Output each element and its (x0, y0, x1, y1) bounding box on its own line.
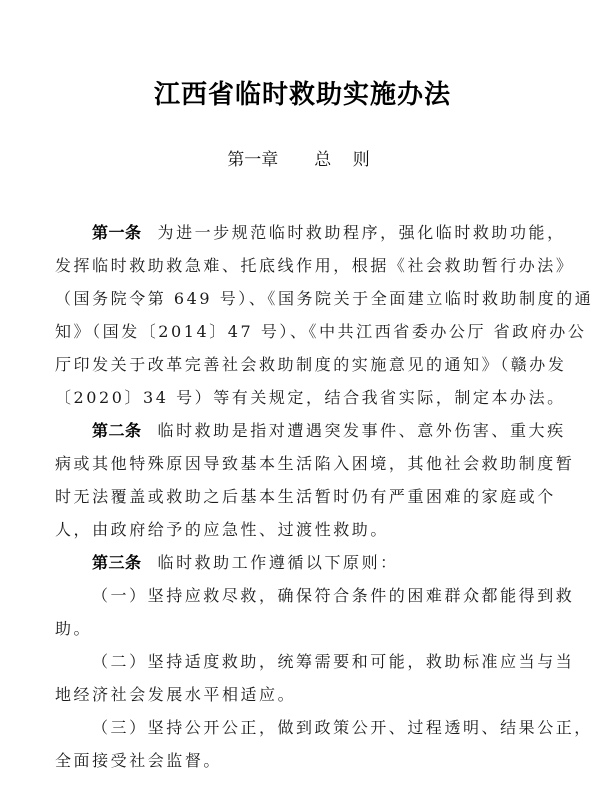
text-line: 知》（国发〔2014〕47 号）、《中共江西省委办公厅 省政府办公 (55, 315, 559, 348)
article-label: 第一条 (92, 223, 142, 242)
text-line: 人，由政府给予的应急性、过渡性救助。 (55, 513, 559, 546)
text-line: 第二条临时救助是指对遭遇突发事件、意外伤害、重大疾 (55, 414, 559, 447)
principle-1: （一）坚持应救尽救，确保符合条件的困难群众都能得到救 助。 (55, 579, 559, 645)
document-body: 第一条为进一步规范临时救助程序，强化临时救助功能， 发挥临时救助救急难、托底线作… (55, 216, 559, 777)
document-title: 江西省临时救助实施办法 (0, 78, 605, 112)
text-line: （二）坚持适度救助，统筹需要和可能，救助标准应当与当 (55, 645, 559, 678)
text-segment: 临时救助是指对遭遇突发事件、意外伤害、重大疾 (158, 421, 566, 440)
article-label: 第三条 (92, 553, 142, 572)
article-2: 第二条临时救助是指对遭遇突发事件、意外伤害、重大疾 病或其他特殊原因导致基本生活… (55, 414, 559, 546)
text-line: 厅印发关于改革完善社会救助制度的实施意见的通知》（赣办发 (55, 348, 559, 381)
text-line: （一）坚持应救尽救，确保符合条件的困难群众都能得到救 (55, 579, 559, 612)
article-3: 第三条临时救助工作遵循以下原则： (55, 546, 559, 579)
text-line: 全面接受社会监督。 (55, 744, 559, 777)
text-line: 第一条为进一步规范临时救助程序，强化临时救助功能， (55, 216, 559, 249)
text-segment: 临时救助工作遵循以下原则： (158, 553, 399, 572)
text-line: 病或其他特殊原因导致基本生活陷入困境，其他社会救助制度暂 (55, 447, 559, 480)
article-1: 第一条为进一步规范临时救助程序，强化临时救助功能， 发挥临时救助救急难、托底线作… (55, 216, 559, 414)
text-line: （三）坚持公开公正，做到政策公开、过程透明、结果公正， (55, 711, 559, 744)
text-line: 时无法覆盖或救助之后基本生活暂时仍有严重困难的家庭或个 (55, 480, 559, 513)
principle-2: （二）坚持适度救助，统筹需要和可能，救助标准应当与当 地经济社会发展水平相适应。 (55, 645, 559, 711)
text-line: 助。 (55, 612, 559, 645)
chapter-name: 总 则 (314, 150, 377, 170)
text-line: 〔2020〕34 号）等有关规定，结合我省实际，制定本办法。 (55, 381, 559, 414)
chapter-number: 第一章 (227, 150, 278, 170)
text-line: 发挥临时救助救急难、托底线作用，根据《社会救助暂行办法》 (55, 249, 559, 282)
principle-3: （三）坚持公开公正，做到政策公开、过程透明、结果公正， 全面接受社会监督。 (55, 711, 559, 777)
document-page: 江西省临时救助实施办法 第一章总 则 第一条为进一步规范临时救助程序，强化临时救… (0, 0, 605, 797)
chapter-heading: 第一章总 则 (0, 148, 605, 172)
text-line: （国务院令第 649 号）、《国务院关于全面建立临时救助制度的通 (55, 282, 559, 315)
text-segment: 为进一步规范临时救助程序，强化临时救助功能， (158, 223, 566, 242)
text-line: 地经济社会发展水平相适应。 (55, 678, 559, 711)
article-label: 第二条 (92, 421, 142, 440)
text-line: 第三条临时救助工作遵循以下原则： (55, 546, 559, 579)
